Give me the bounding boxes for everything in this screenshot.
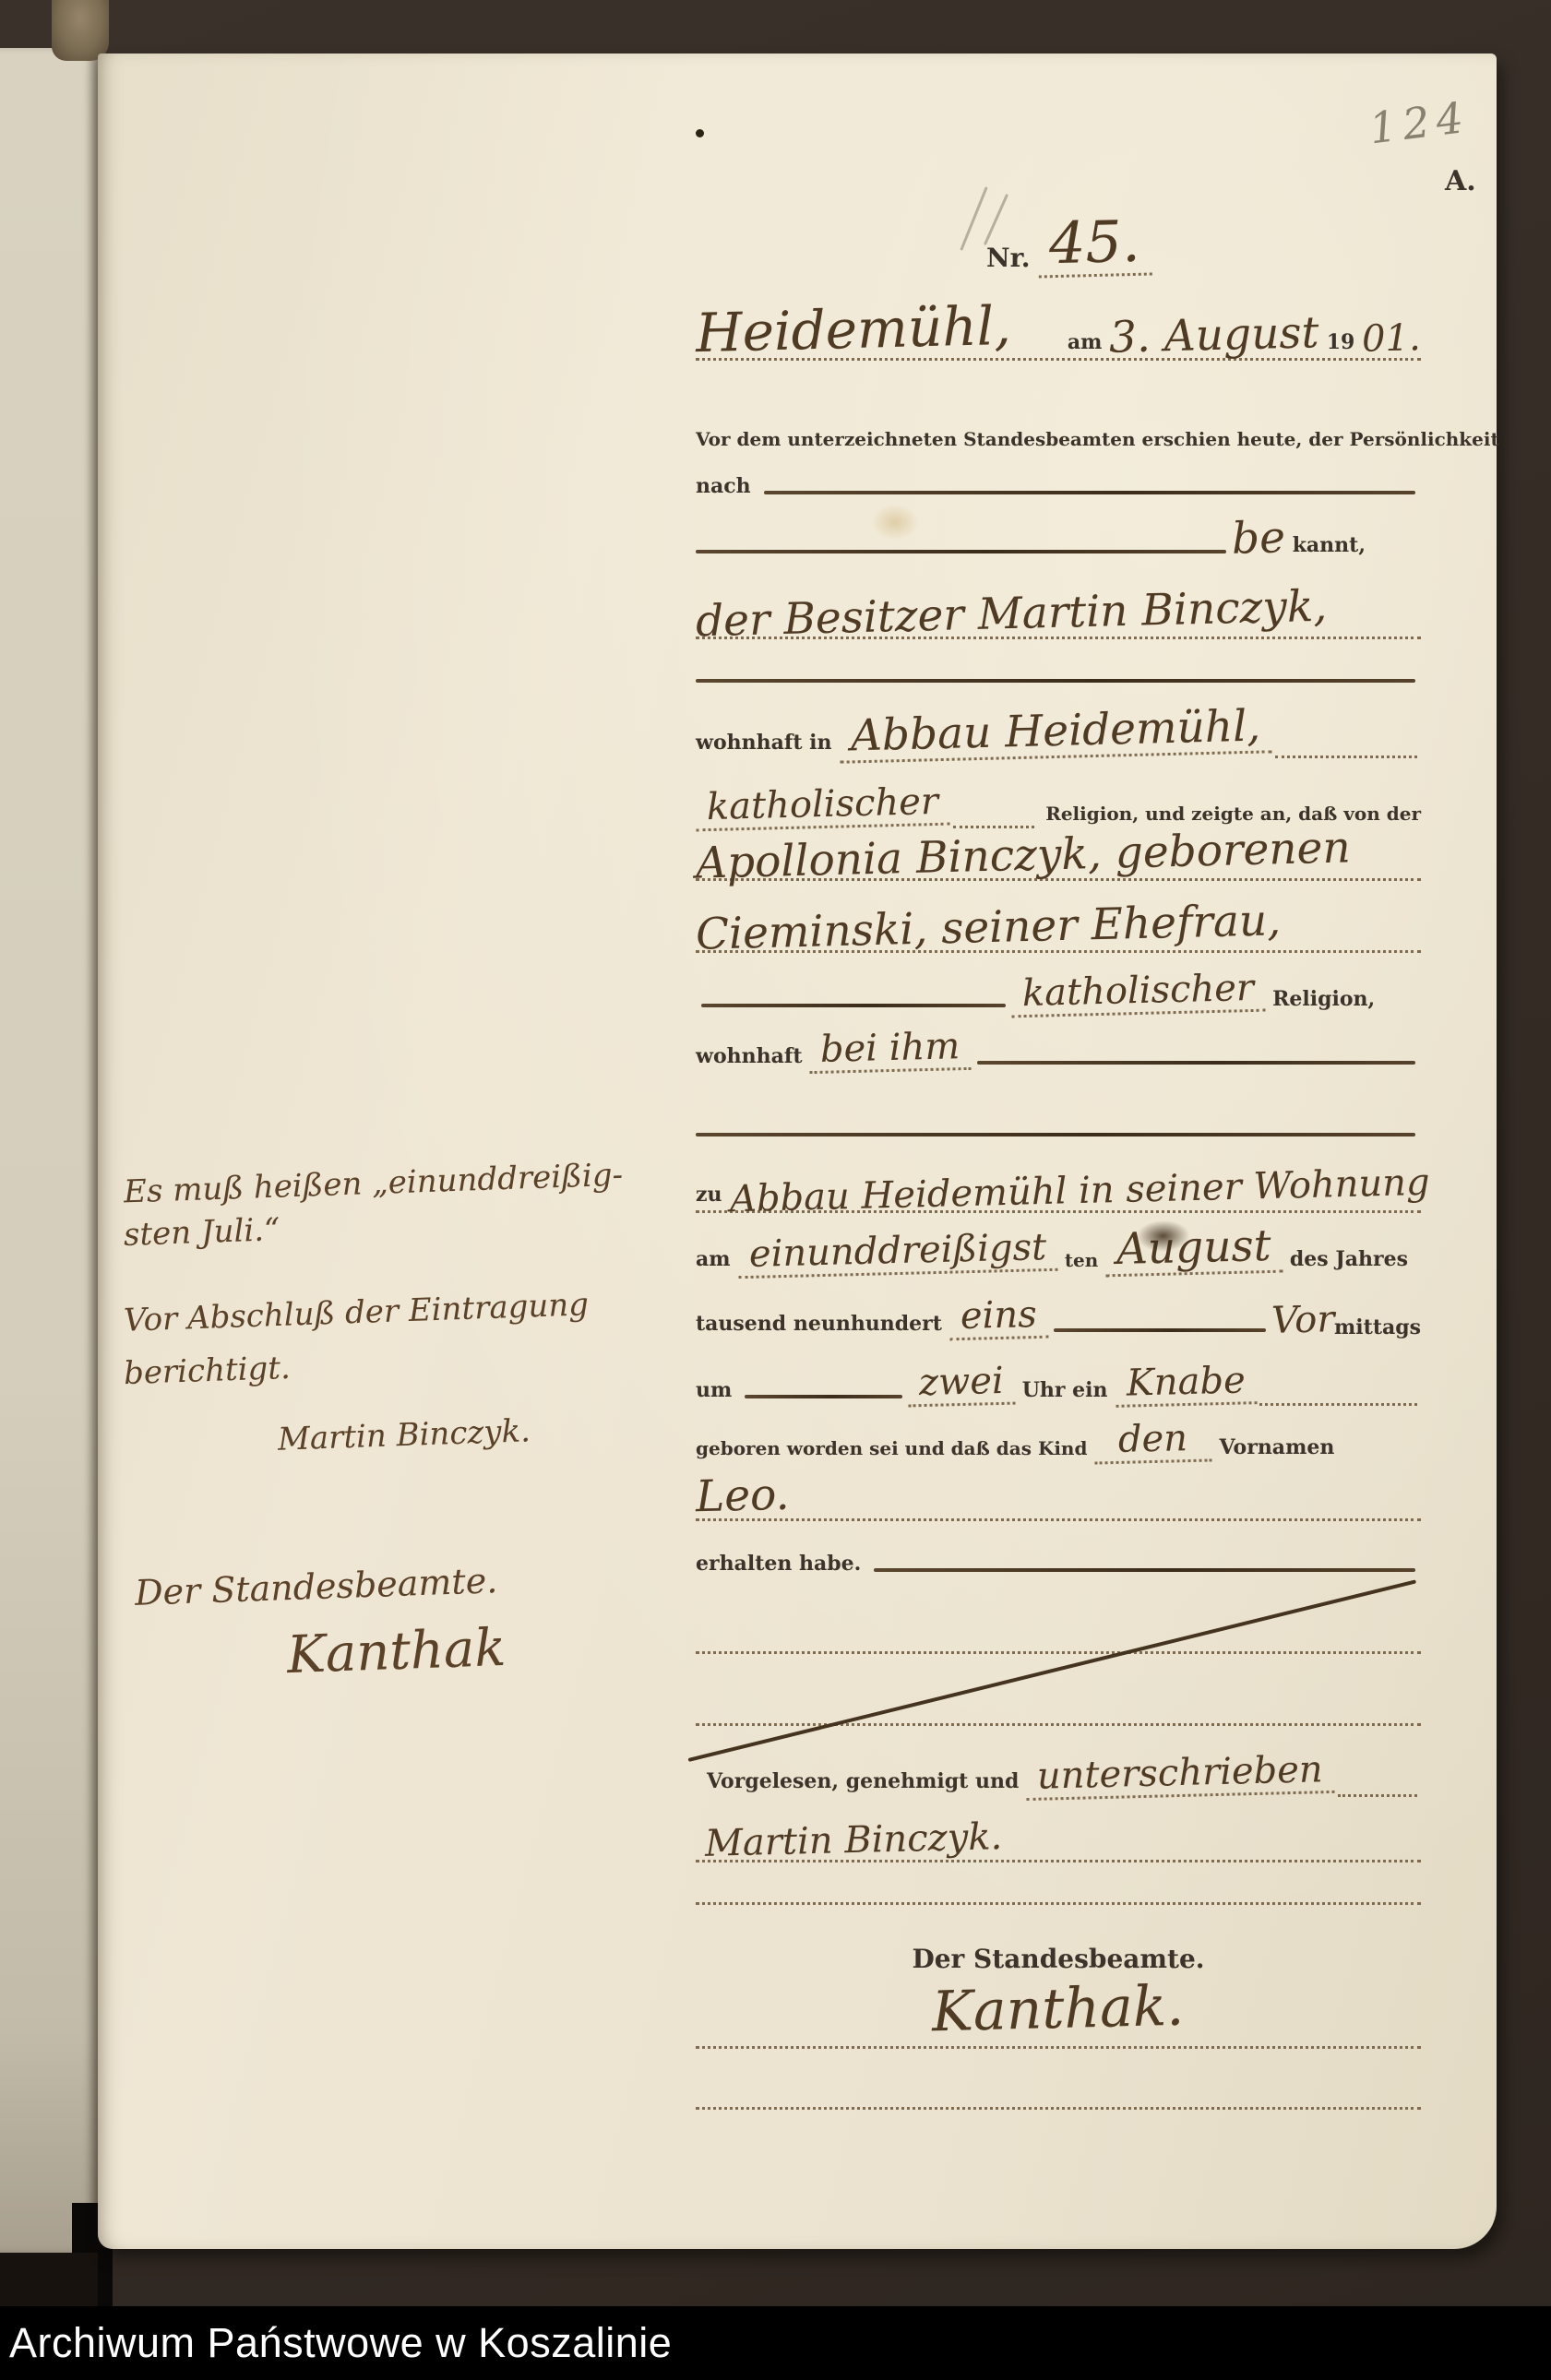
vorgelesen-label: Vorgelesen, genehmigt und: [707, 1770, 1019, 1793]
blank-stroke: [874, 1568, 1415, 1572]
dotted-rule: [696, 1651, 1421, 1654]
declarant-signature: Martin Binczyk.: [705, 1817, 1003, 1863]
dotted-rule: [696, 1902, 1421, 1905]
mother-name-entry: Apollonia Binczyk, geborenen: [696, 825, 1352, 887]
erhalten-label: erhalten habe.: [696, 1553, 861, 1576]
birthplace-entry: Abbau Heidemühl in seiner Wohnung: [729, 1163, 1429, 1220]
geboren-label: geboren worden sei und daß das Kind: [696, 1438, 1087, 1459]
archive-footer-label: Archiwum Państwowe w Koszalinie: [9, 2319, 672, 2367]
tausend-label: tausend neunhundert: [696, 1313, 942, 1336]
section-letter: A.: [1445, 166, 1476, 198]
hour-entry: zwei: [907, 1362, 1015, 1408]
vor-entry: Vor: [1271, 1300, 1334, 1340]
record-number-value: 45.: [1037, 210, 1151, 278]
nach-label: nach: [696, 475, 751, 498]
mittags-label: mittags: [1334, 1316, 1421, 1339]
book-edge-shadow: [0, 2253, 98, 2308]
ten-label: ten: [1065, 1250, 1099, 1271]
date-entry: 3. August: [1109, 310, 1319, 361]
dotted-rule: [696, 1723, 1421, 1726]
birthplace-label: zu: [696, 1184, 722, 1207]
unterschrieben-entry: unterschrieben: [1026, 1750, 1335, 1801]
intro-text: Vor dem unterzeichneten Standesbeamten e…: [696, 429, 1499, 450]
dotted-rule: [1259, 1402, 1417, 1406]
margin-note-line-3: Vor Abschluß der Eintragung: [123, 1286, 589, 1339]
blank-stroke: [696, 550, 1226, 553]
dotted-rule: [1338, 1793, 1417, 1797]
ink-speck: [696, 129, 704, 137]
den-entry: den: [1094, 1418, 1212, 1464]
century-label: 19: [1327, 331, 1355, 354]
book-page: 124 A. Nr. 45. Heidemühl, am 3. August 1…: [98, 54, 1497, 2249]
registrar-signature: Kanthak.: [932, 1978, 1186, 2042]
margin-registrar-title: Der Standesbeamte.: [134, 1560, 498, 1613]
margin-note-line-1: Es muß heißen „einunddreißig-: [123, 1157, 623, 1211]
blank-stroke: [745, 1395, 902, 1398]
religion-label-1: Religion, und zeigte an, daß von der: [1045, 803, 1421, 825]
mother-maiden-entry: Cieminski, seiner Ehefrau,: [695, 898, 1281, 958]
dotted-rule: [1275, 755, 1417, 758]
blank-stroke: [701, 1004, 1006, 1007]
religion-label-2: Religion,: [1272, 988, 1375, 1011]
um-label: um: [696, 1379, 732, 1402]
year-entry: 01.: [1362, 318, 1422, 359]
page-stack-edge: [0, 48, 98, 2253]
blank-stroke: [696, 1133, 1415, 1136]
archive-footer-bar: Archiwum Państwowe w Koszalinie: [0, 2306, 1551, 2380]
am-label: am: [696, 1248, 731, 1271]
residence-label: wohnhaft in: [696, 732, 832, 755]
place-entry: Heidemühl,: [695, 298, 1011, 362]
religion-entry-2: katholischer: [1010, 969, 1265, 1018]
page-number-pencil: 124: [1366, 92, 1473, 154]
uhr-ein-label: Uhr ein: [1022, 1379, 1108, 1402]
record-number-label: Nr.: [986, 244, 1031, 273]
dotted-rule: [696, 2046, 1421, 2049]
blank-stroke: [764, 491, 1415, 494]
margin-note-line-4: berichtigt.: [123, 1350, 291, 1392]
binding-cord: [52, 0, 109, 61]
day-entry: einunddreißigst: [737, 1228, 1057, 1279]
kannt-label: kannt,: [1293, 534, 1366, 557]
month-entry: August: [1105, 1222, 1283, 1277]
blank-stroke: [1054, 1328, 1266, 1332]
margin-note-line-2: sten Juli.“: [123, 1211, 280, 1254]
year-word-entry: eins: [948, 1295, 1048, 1341]
am-label: am: [1068, 331, 1103, 354]
des-jahres-label: des Jahres: [1290, 1248, 1408, 1271]
bei-ihm-entry: bei ihm: [809, 1027, 972, 1074]
wohnhaft-label: wohnhaft: [696, 1045, 802, 1068]
dotted-rule: [696, 2107, 1421, 2110]
be-written: be: [1231, 515, 1285, 562]
sex-entry: Knabe: [1115, 1361, 1257, 1408]
residence-entry: Abbau Heidemühl,: [839, 703, 1271, 764]
margin-declarant-signature: Martin Binczyk.: [277, 1412, 531, 1458]
blank-stroke: [977, 1061, 1415, 1065]
diagonal-strike: [688, 1579, 1417, 1762]
vornamen-label: Vornamen: [1220, 1436, 1335, 1459]
declarant-entry: der Besitzer Martin Binczyk,: [695, 583, 1327, 644]
margin-registrar-signature: Kanthak: [286, 1618, 507, 1685]
child-name-entry: Leo.: [695, 1471, 790, 1519]
registrar-title: Der Standesbeamte.: [912, 1945, 1204, 1974]
blank-stroke: [696, 679, 1415, 683]
scan-background: 124 A. Nr. 45. Heidemühl, am 3. August 1…: [0, 0, 1551, 2380]
